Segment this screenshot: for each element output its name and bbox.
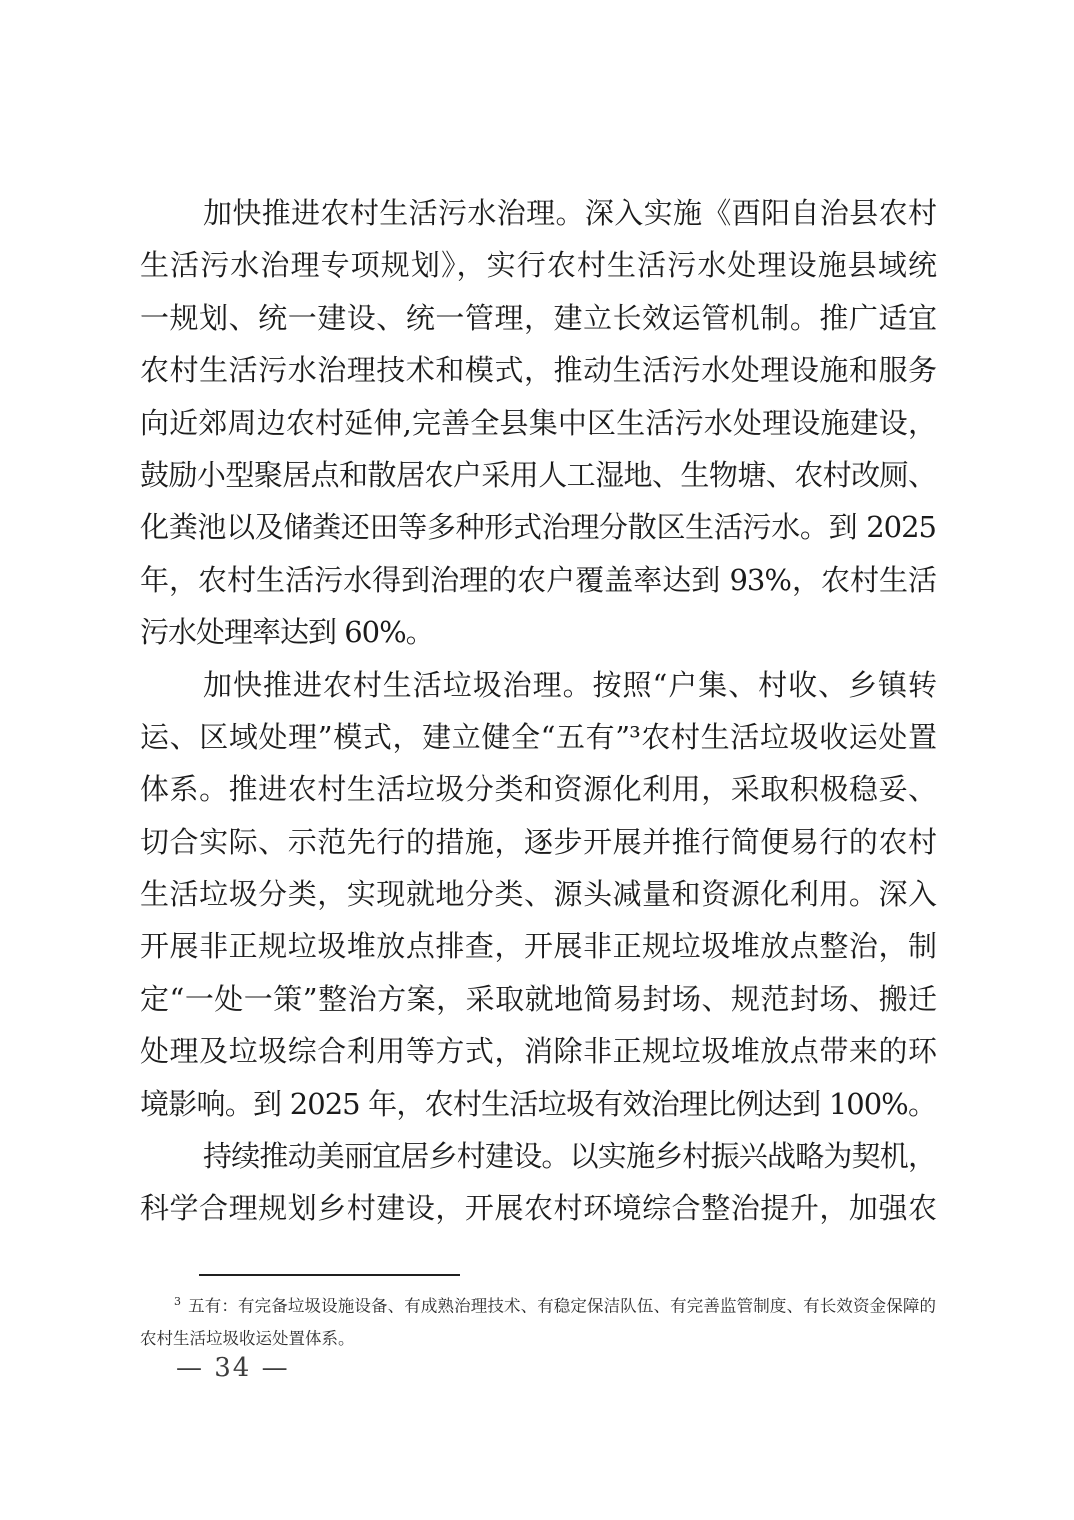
text-line: 污水处理率达到 60%。	[140, 606, 936, 658]
page-number: — 34 —	[176, 1352, 290, 1384]
footnote-body: 五有：有完备垃圾设施设备、有成熟治理技术、有稳定保洁队伍、有完善监管制度、有长效…	[140, 1297, 936, 1348]
text-line: 切合实际、示范先行的措施，逐步开展并推行简便易行的农村	[140, 816, 936, 868]
text-line: 科学合理规划乡村建设，开展农村环境综合整治提升，加强农	[140, 1182, 936, 1234]
text-line: 向近郊周边农村延伸,完善全县集中区生活污水处理设施建设，	[140, 397, 936, 449]
text-line: 加快推进农村生活污水治理。深入实施《酉阳自治县农村	[140, 187, 936, 239]
footnote-text: 3五有：有完备垃圾设施设备、有成熟治理技术、有稳定保洁队伍、有完善监管制度、有长…	[140, 1286, 936, 1355]
text-line: 一规划、统一建设、统一管理，建立长效运管机制。推广适宜	[140, 292, 936, 344]
text-line: 化粪池以及储粪还田等多种形式治理分散区生活污水。到 2025	[140, 501, 936, 553]
text-line: 年，农村生活污水得到治理的农户覆盖率达到 93%，农村生活	[140, 554, 936, 606]
text-line: 处理及垃圾综合利用等方式，消除非正规垃圾堆放点带来的环	[140, 1025, 936, 1077]
text-line: 生活垃圾分类，实现就地分类、源头减量和资源化利用。深入	[140, 868, 936, 920]
footnote-marker: 3	[174, 1295, 181, 1308]
text-line: 境影响。到 2025 年，农村生活垃圾有效治理比例达到 100%。	[140, 1078, 936, 1130]
text-line: 生活污水治理专项规划》，实行农村生活污水处理设施县域统	[140, 239, 936, 291]
text-line: 体系。推进农村生活垃圾分类和资源化利用，采取积极稳妥、	[140, 763, 936, 815]
text-line: 持续推动美丽宜居乡村建设。以实施乡村振兴战略为契机，	[140, 1130, 936, 1182]
document-body: 加快推进农村生活污水治理。深入实施《酉阳自治县农村生活污水治理专项规划》，实行农…	[140, 187, 936, 1235]
text-line: 加快推进农村生活垃圾治理。按照“户集、村收、乡镇转	[140, 659, 936, 711]
footnote-separator	[199, 1274, 460, 1276]
text-line: 定“一处一策”整治方案，采取就地简易封场、规范封场、搬迁	[140, 973, 936, 1025]
text-line: 农村生活污水治理技术和模式，推动生活污水处理设施和服务	[140, 344, 936, 396]
text-line: 开展非正规垃圾堆放点排查，开展非正规垃圾堆放点整治，制	[140, 920, 936, 972]
text-line: 鼓励小型聚居点和散居农户采用人工湿地、生物塘、农村改厕、	[140, 449, 936, 501]
text-line: 运、区域处理”模式，建立健全“五有”³农村生活垃圾收运处置	[140, 711, 936, 763]
document-page: 加快推进农村生活污水治理。深入实施《酉阳自治县农村生活污水治理专项规划》，实行农…	[0, 0, 1074, 1520]
footnote: 3五有：有完备垃圾设施设备、有成熟治理技术、有稳定保洁队伍、有完善监管制度、有长…	[140, 1286, 936, 1355]
